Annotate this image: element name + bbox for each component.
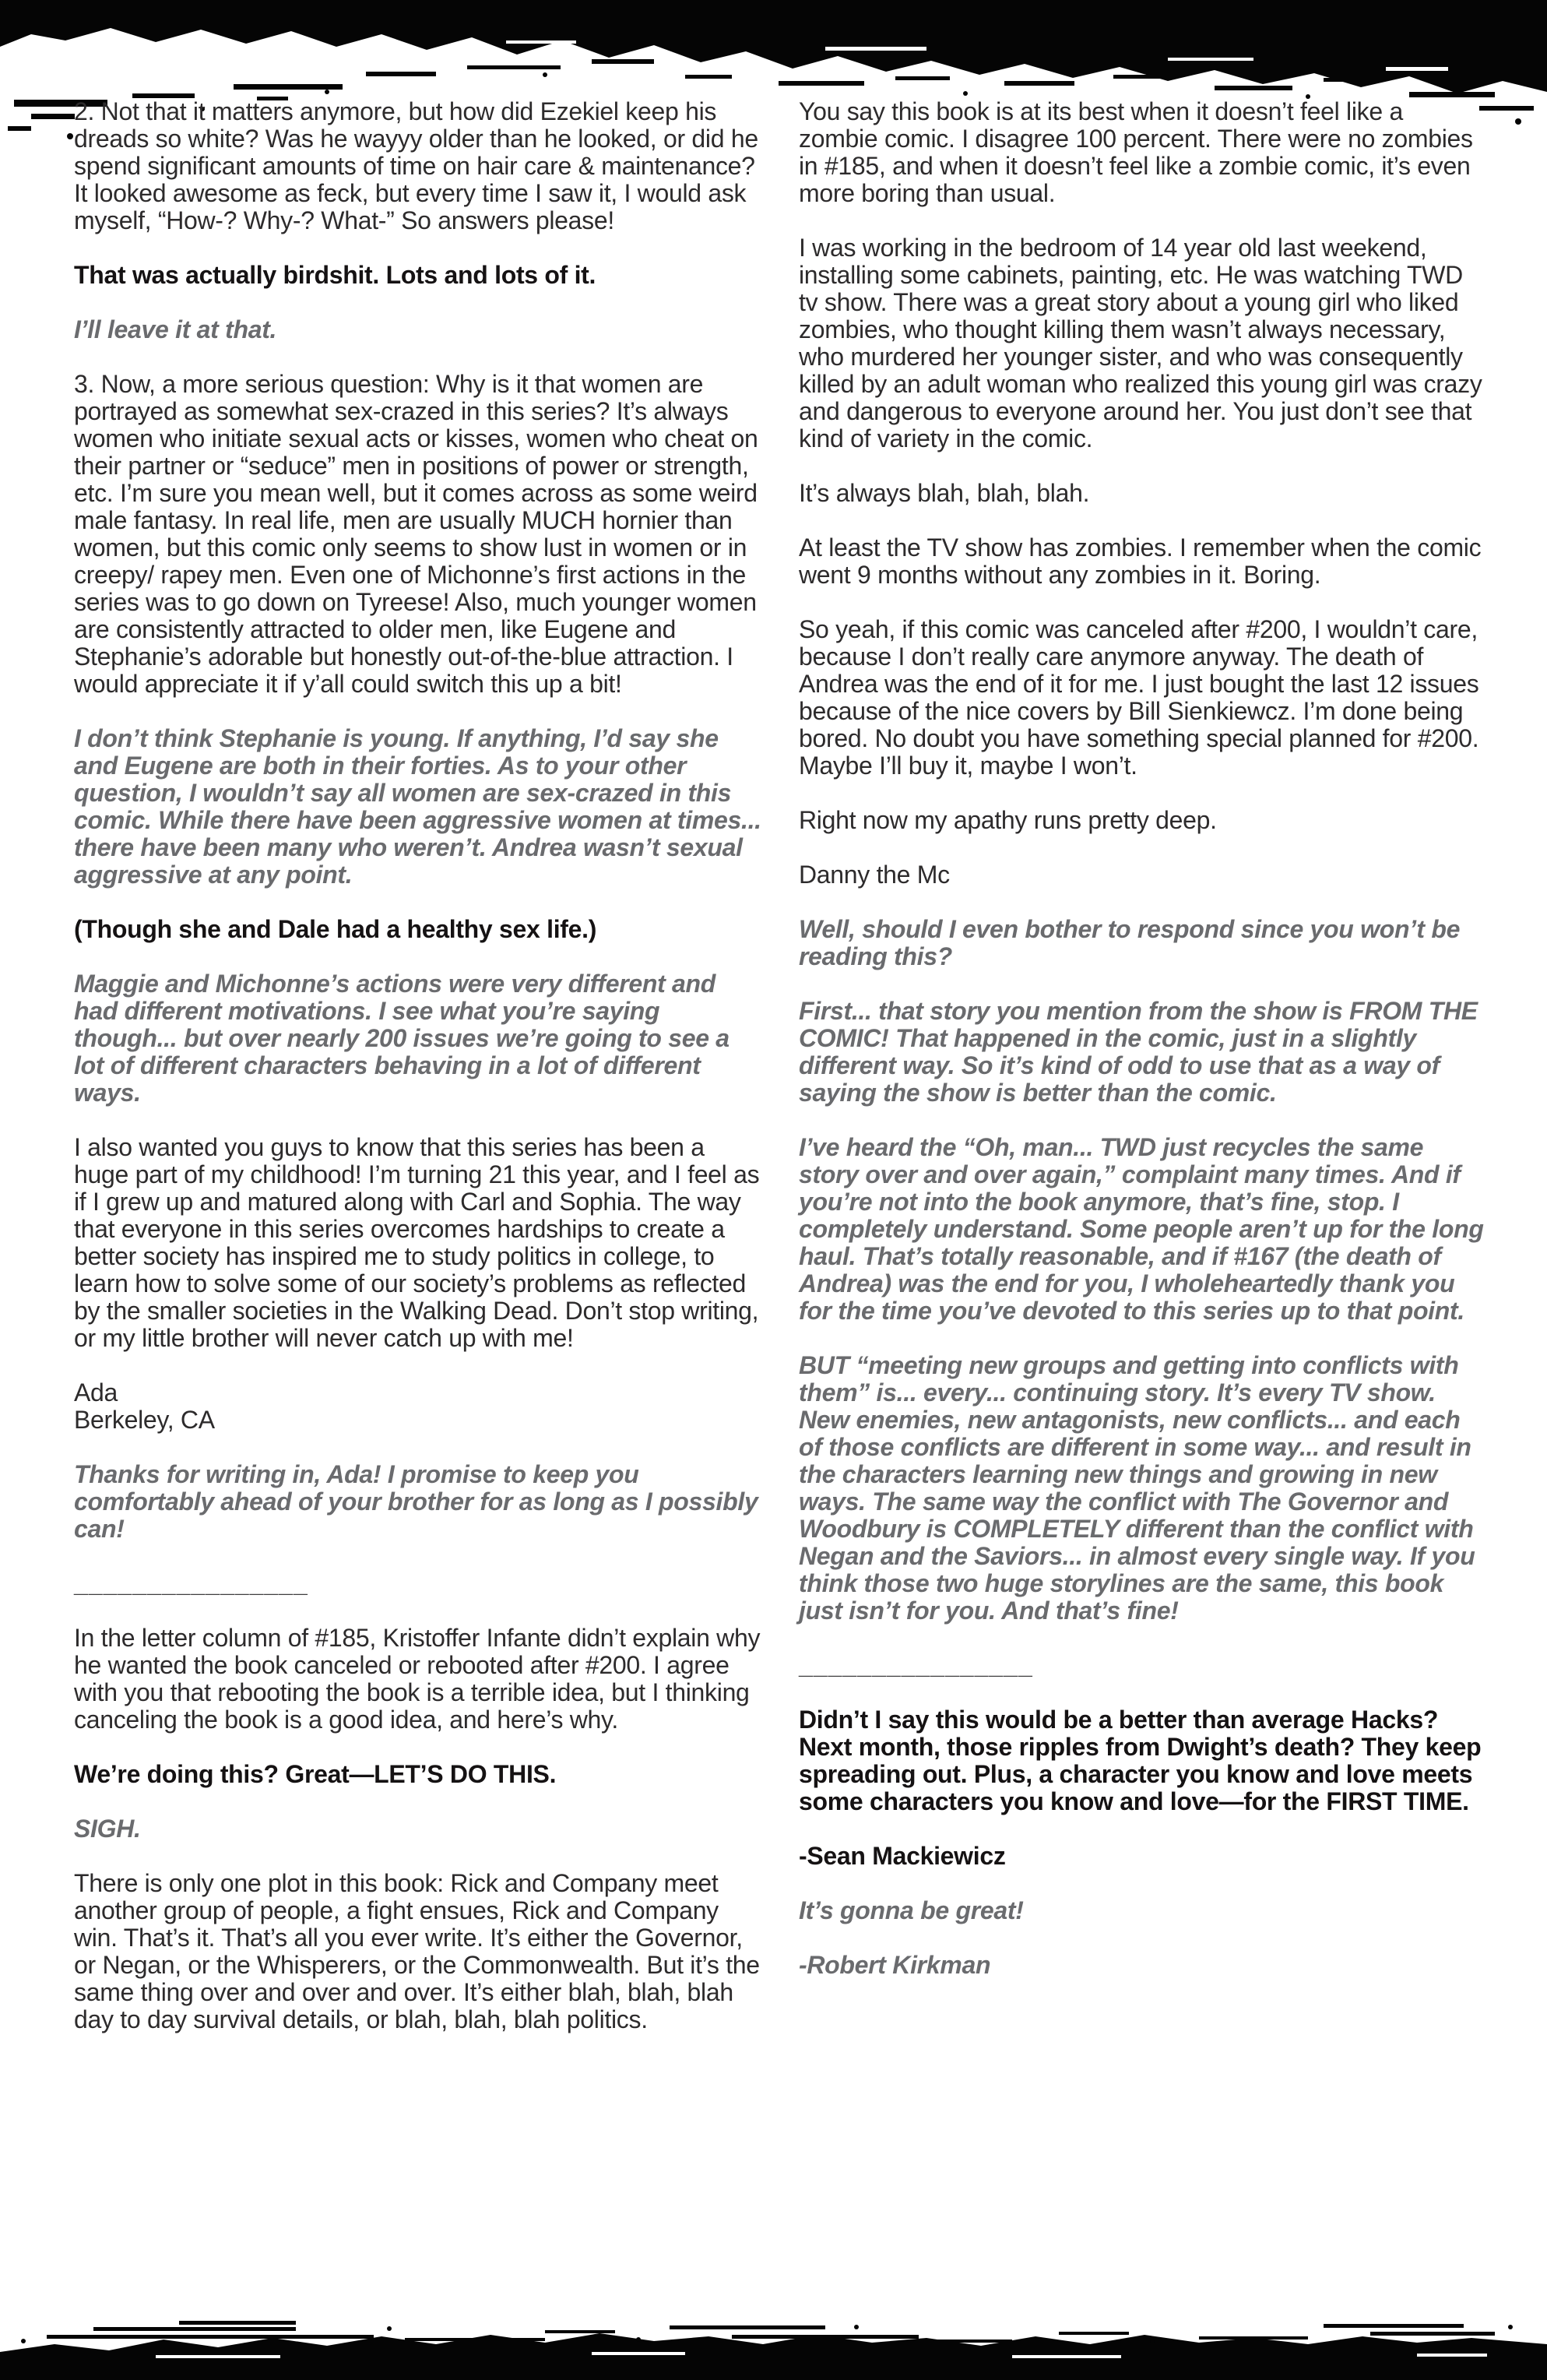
editor-response: (Though she and Dale had a healthy sex l… [74, 916, 762, 943]
column-right: You say this book is at its best when it… [799, 98, 1487, 2061]
reader-letter-paragraph: 2. Not that it matters anymore, but how … [74, 98, 762, 234]
kirkman-response: Thanks for writing in, Ada! I promise to… [74, 1461, 762, 1543]
signature-sean-mackiewicz: -Sean Mackiewicz [799, 1843, 1487, 1870]
kirkman-response: BUT “meeting new groups and getting into… [799, 1352, 1487, 1625]
editor-response: That was actually birdshit. Lots and lot… [74, 262, 762, 289]
editor-next-issue-teaser: Didn’t I say this would be a better than… [799, 1706, 1487, 1815]
reader-letter-paragraph: So yeah, if this comic was canceled afte… [799, 616, 1487, 780]
letters-page: 2. Not that it matters anymore, but how … [0, 0, 1547, 2380]
grunge-border-bottom [0, 2318, 1547, 2380]
reader-letter-paragraph: I was working in the bedroom of 14 year … [799, 234, 1487, 452]
kirkman-response: Maggie and Michonne’s actions were very … [74, 970, 762, 1107]
signature-robert-kirkman: -Robert Kirkman [799, 1952, 1487, 1979]
kirkman-response: I’ll leave it at that. [74, 316, 762, 343]
kirkman-response: Well, should I even bother to respond si… [799, 916, 1487, 970]
letters-content: 2. Not that it matters anymore, but how … [74, 98, 1487, 2061]
kirkman-response: SIGH. [74, 1815, 762, 1843]
reader-letter-paragraph: Right now my apathy runs pretty deep. [799, 807, 1487, 834]
section-divider: ________________ [799, 1652, 1487, 1679]
reader-letter-paragraph: 3. Now, a more serious question: Why is … [74, 371, 762, 698]
reader-letter-paragraph: You say this book is at its best when it… [799, 98, 1487, 207]
kirkman-response: It’s gonna be great! [799, 1897, 1487, 1924]
reader-letter-paragraph: There is only one plot in this book: Ric… [74, 1870, 762, 2033]
reader-letter-paragraph: In the letter column of #185, Kristoffer… [74, 1625, 762, 1734]
editor-response: We’re doing this? Great—LET’S DO THIS. [74, 1761, 762, 1788]
section-divider: ________________ [74, 1570, 762, 1597]
kirkman-response: I’ve heard the “Oh, man... TWD just recy… [799, 1134, 1487, 1325]
reader-letter-paragraph: It’s always blah, blah, blah. [799, 480, 1487, 507]
kirkman-response: First... that story you mention from the… [799, 998, 1487, 1107]
letter-signature-ada: Ada Berkeley, CA [74, 1379, 762, 1434]
kirkman-response: I don’t think Stephanie is young. If any… [74, 725, 762, 889]
reader-letter-paragraph: At least the TV show has zombies. I reme… [799, 534, 1487, 589]
letter-signature-danny: Danny the Mc [799, 861, 1487, 889]
reader-letter-paragraph: I also wanted you guys to know that this… [74, 1134, 762, 1352]
column-left: 2. Not that it matters anymore, but how … [74, 98, 762, 2061]
